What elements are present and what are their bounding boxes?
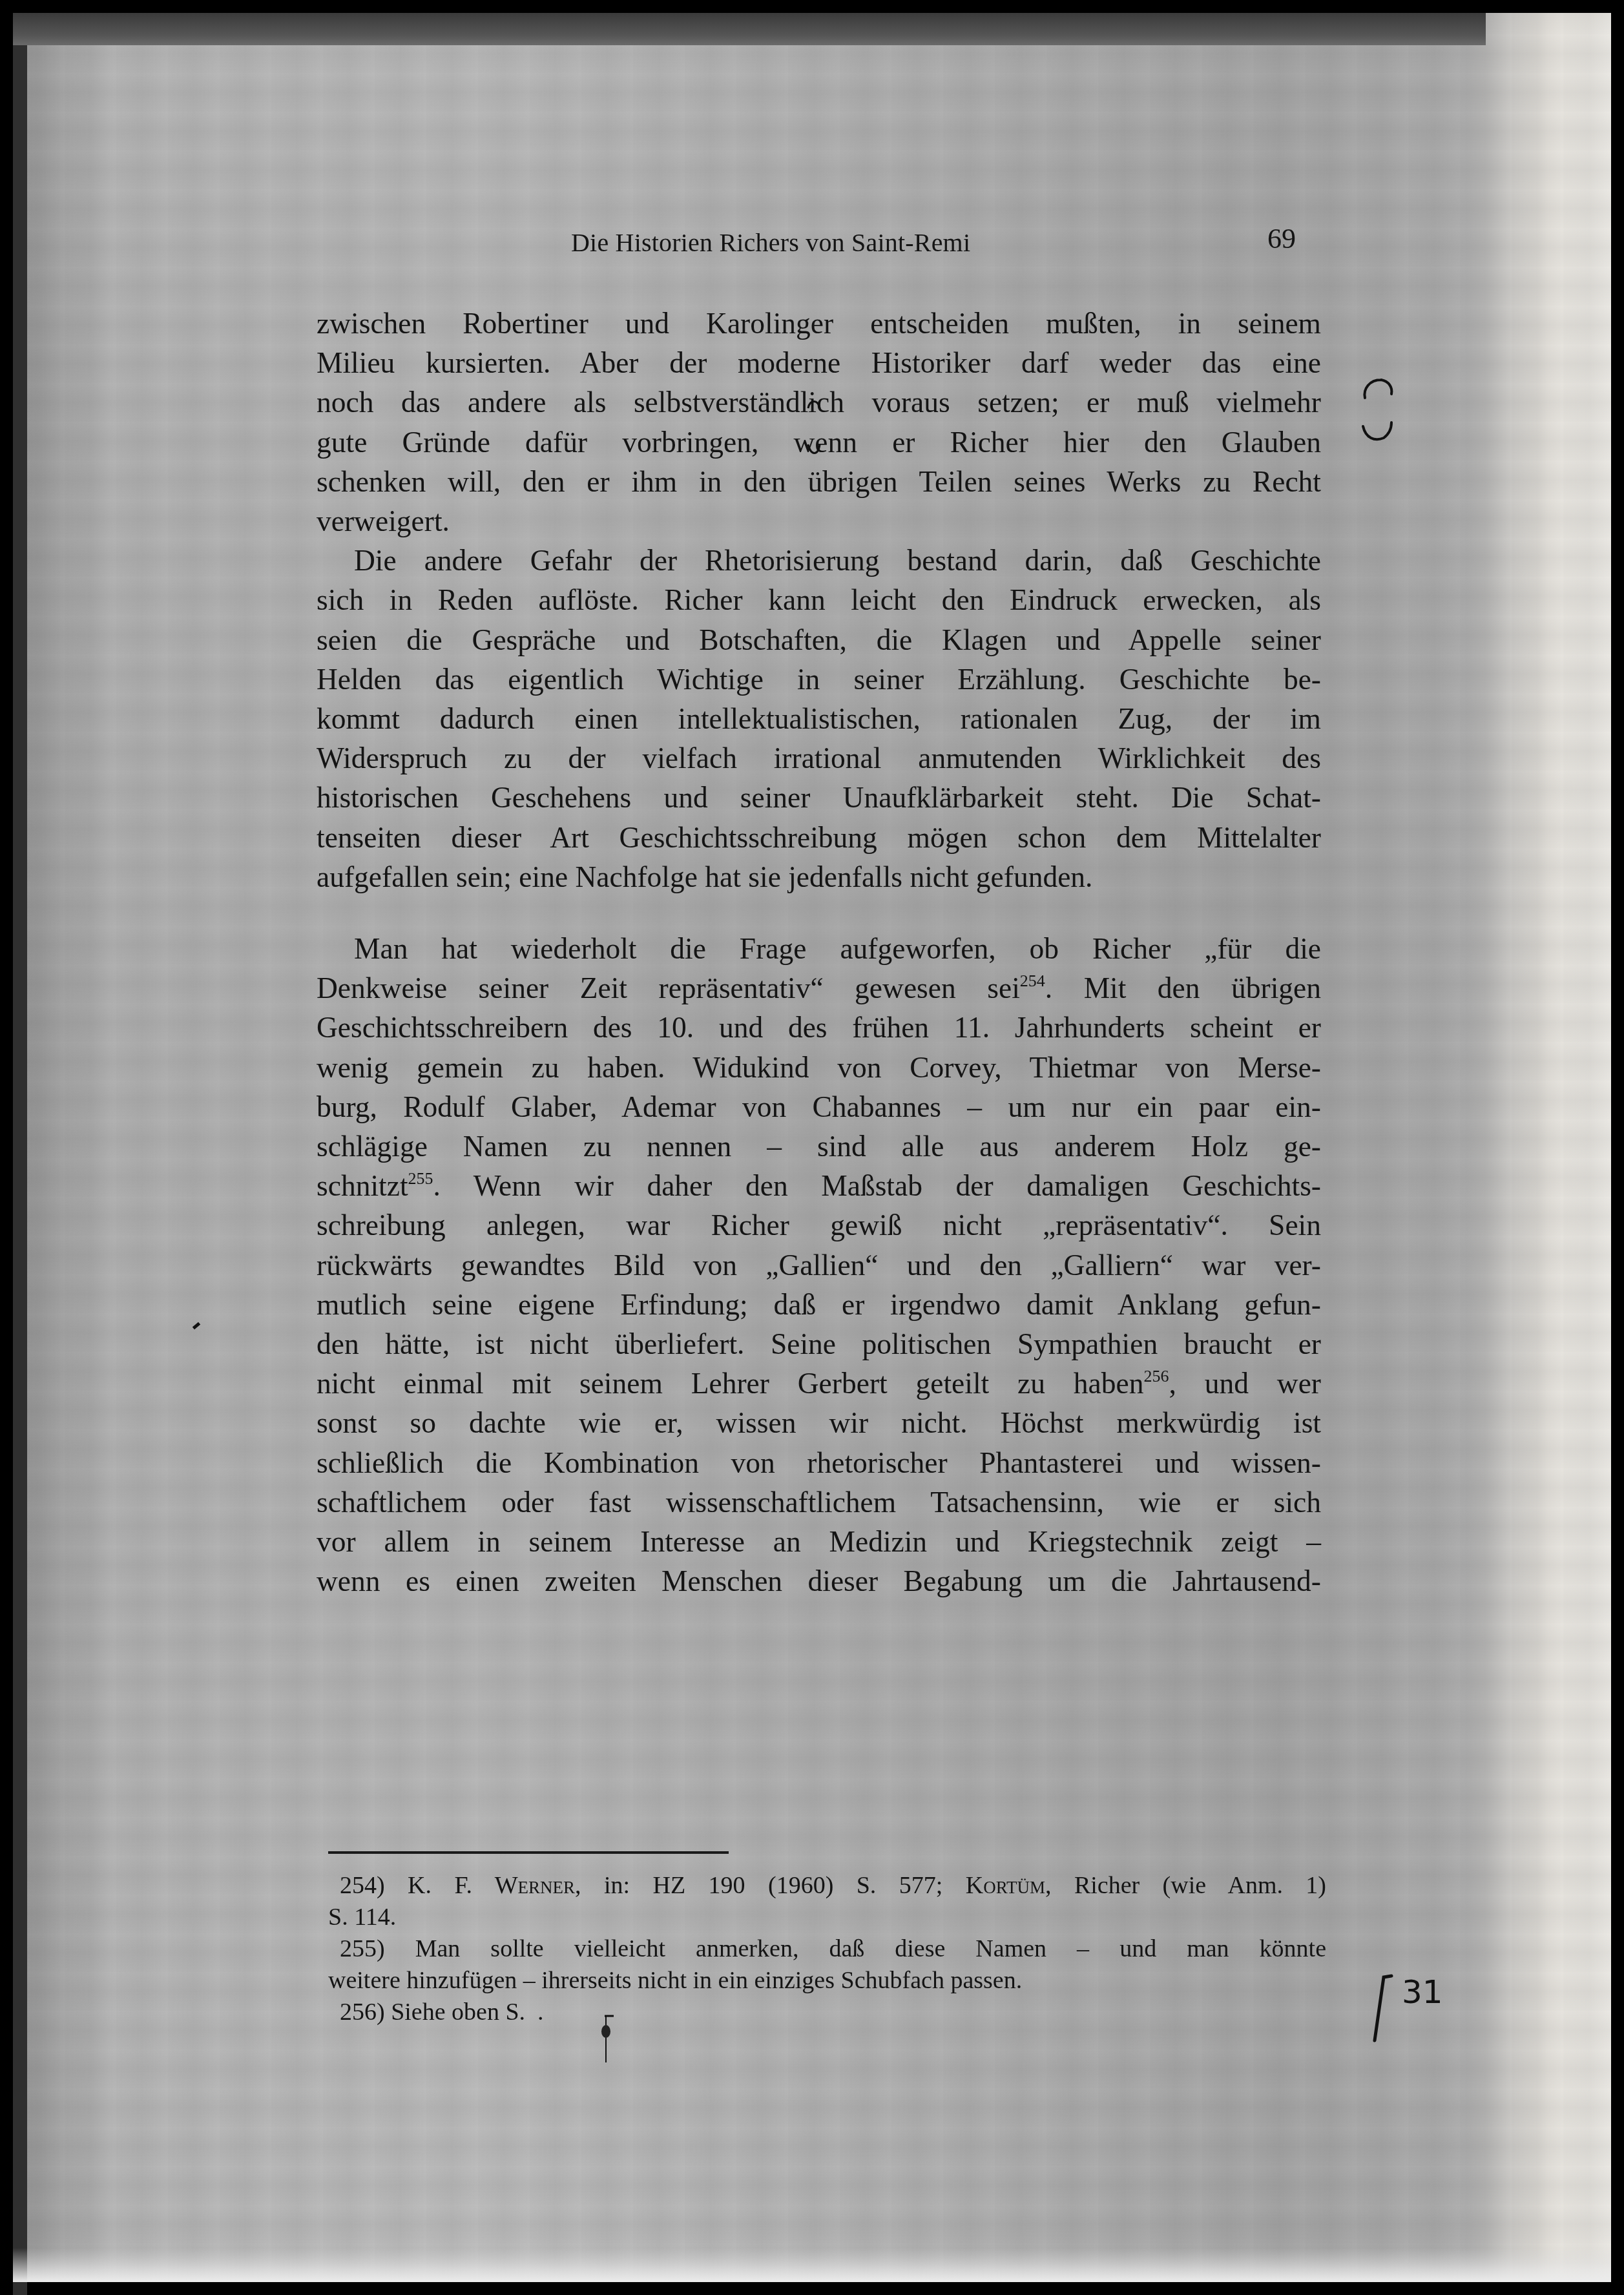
text-line: Widerspruch zu der vielfach irrational a… xyxy=(317,738,1321,778)
text-line: den hätte, ist nicht überliefert. Seine … xyxy=(317,1324,1321,1364)
text-line: zwischen Robertiner und Karolinger entsc… xyxy=(317,304,1321,343)
text-line: sonst so dachte wie er, wissen wir nicht… xyxy=(317,1403,1321,1442)
text-line: 254) K. F. Werner, in: HZ 190 (1960) S. … xyxy=(328,1870,1326,1902)
text-line: aufgefallen sein; eine Nachfolge hat sie… xyxy=(317,857,1321,897)
footnote-256: 256) Siehe oben S. . xyxy=(328,1997,1326,2028)
text-line: schreibung anlegen, war Richer gewiß nic… xyxy=(317,1205,1321,1245)
text-line: schlägige Namen zu nennen – sind alle au… xyxy=(317,1127,1321,1166)
text-line: S. 114. xyxy=(328,1902,1326,1933)
text-line: schließlich die Kombination von rhetoris… xyxy=(317,1443,1321,1482)
handwritten-page-placeholder-icon xyxy=(601,2012,618,2064)
footnotes: 254) K. F. Werner, in: HZ 190 (1960) S. … xyxy=(328,1870,1326,2028)
text-line: wenig gemein zu haben. Widukind von Corv… xyxy=(317,1048,1321,1087)
text-line: schnitzt255. Wenn wir daher den Maßstab … xyxy=(317,1166,1321,1205)
footnote-ref-256[interactable]: 256 xyxy=(1143,1367,1169,1386)
footnote-254: 254) K. F. Werner, in: HZ 190 (1960) S. … xyxy=(328,1870,1326,1933)
text-line: seien die Gespräche und Botschaften, die… xyxy=(317,620,1321,659)
text-line: wenn es einen zweiten Menschen dieser Be… xyxy=(317,1561,1321,1601)
handwritten-parentheses-icon xyxy=(1355,375,1400,446)
footnote-ref-255[interactable]: 255 xyxy=(408,1169,433,1188)
text-line: rückwärts gewandtes Bild von „Gallien“ u… xyxy=(317,1245,1321,1285)
text-line: Milieu kursierten. Aber der moderne Hist… xyxy=(317,343,1321,382)
paragraph-3: Man hat wiederholt die Frage aufgeworfen… xyxy=(317,929,1321,1601)
text-line: schenken will, den er ihm in den übrigen… xyxy=(317,462,1321,501)
handwritten-bracket-icon xyxy=(1369,1973,1395,2044)
text-line: tenseiten dieser Art Geschichtsschreibun… xyxy=(317,818,1321,857)
text-line: Die andere Gefahr der Rhetorisierung bes… xyxy=(317,541,1321,580)
text-line: mutlich seine eigene Erfindung; daß er i… xyxy=(317,1285,1321,1324)
text-line: historischen Geschehens und seiner Unauf… xyxy=(317,778,1321,817)
paragraph-2: Die andere Gefahr der Rhetorisierung bes… xyxy=(317,541,1321,897)
author-name: Kortüm xyxy=(966,1872,1045,1899)
scan-shadow-top xyxy=(13,13,1486,45)
footnote-255: 255) Man sollte vielleicht anmerken, daß… xyxy=(328,1933,1326,1997)
text-line: Denkweise seiner Zeit repräsentativ“ gew… xyxy=(317,968,1321,1008)
text-line: nicht einmal mit seinem Lehrer Gerbert g… xyxy=(317,1364,1321,1403)
running-head-title: Die Historien Richers von Saint-Remi xyxy=(571,227,970,258)
scan-fade-bottom xyxy=(13,2248,1611,2282)
text-line: kommt dadurch einen intellektualistische… xyxy=(317,699,1321,738)
footnote-divider xyxy=(328,1851,729,1854)
text-line: 256) Siehe oben S. . xyxy=(328,1997,1326,2028)
text-line: schaftlichem oder fast wissenschaftliche… xyxy=(317,1482,1321,1522)
text-line: Helden das eigentlich Wichtige in seiner… xyxy=(317,659,1321,699)
text-line: sich in Reden auflöste. Richer kann leic… xyxy=(317,580,1321,619)
scan-shadow-left xyxy=(13,45,27,2295)
footnote-ref-254[interactable]: 254 xyxy=(1020,971,1045,990)
section-break xyxy=(317,897,1321,929)
page-number: 69 xyxy=(1267,222,1296,255)
text-line: burg, Rodulf Glaber, Ademar von Chabanne… xyxy=(317,1087,1321,1127)
text-line: 255) Man sollte vielleicht anmerken, daß… xyxy=(328,1933,1326,1965)
text-line: vor allem in seinem Interesse an Medizin… xyxy=(317,1522,1321,1561)
handwritten-insert-mark-icon xyxy=(804,394,824,465)
text-line: verweigert. xyxy=(317,501,1321,541)
text-line: Geschichtsschreibern des 10. und des frü… xyxy=(317,1008,1321,1047)
body-text: zwischen Robertiner und Karolinger entsc… xyxy=(317,304,1321,1601)
author-name: K. F. Werner xyxy=(408,1872,575,1899)
text-line: Man hat wiederholt die Frage aufgeworfen… xyxy=(317,929,1321,968)
text-line: weitere hinzufügen – ihrerseits nicht in… xyxy=(328,1965,1326,1997)
